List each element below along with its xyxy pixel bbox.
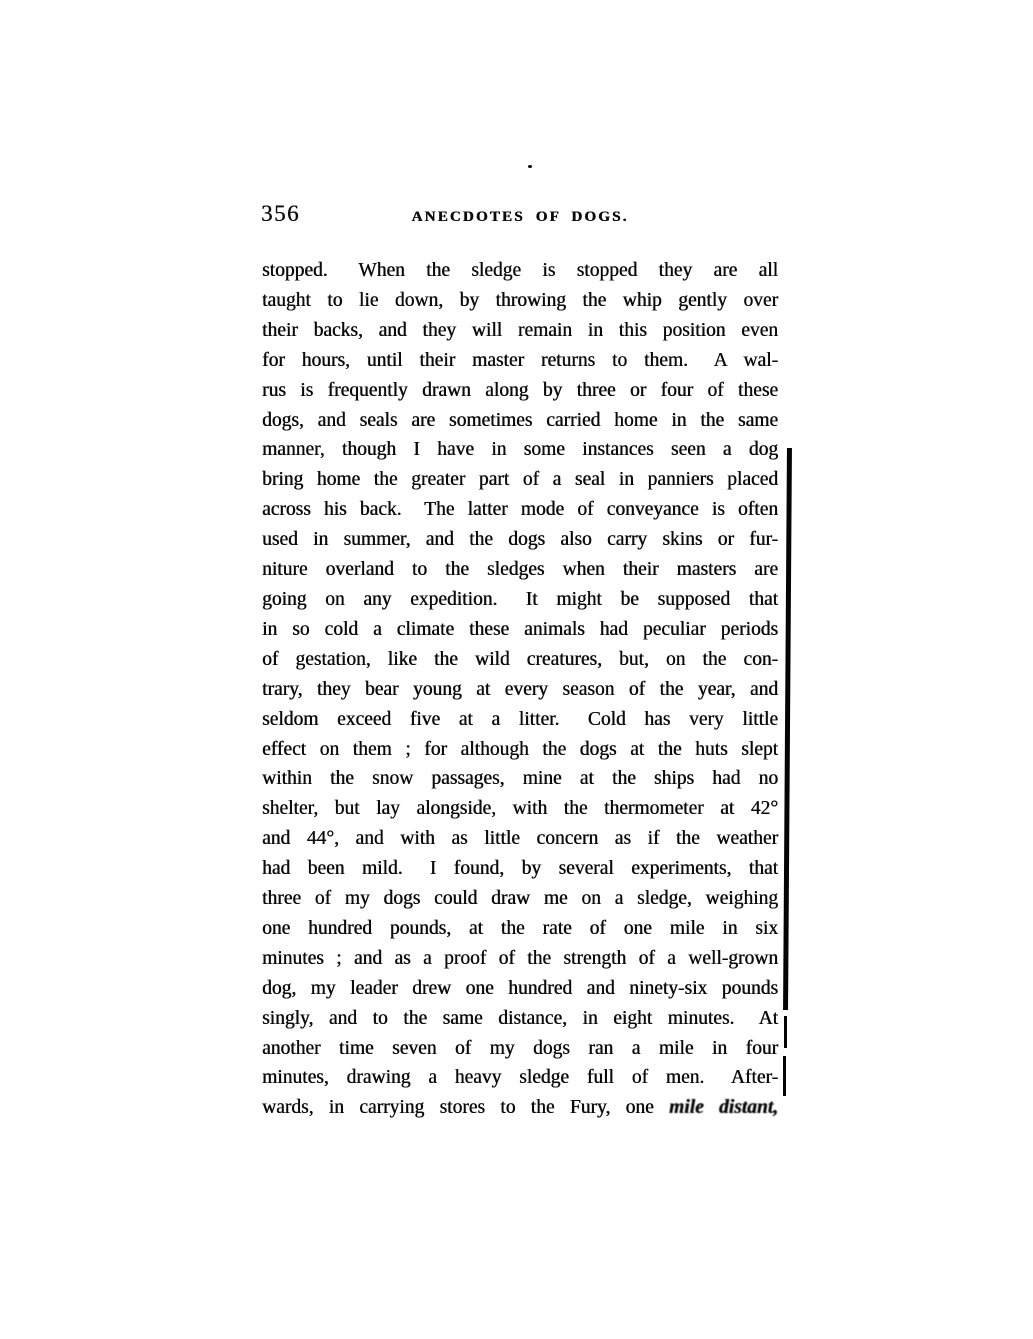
text-line: used in summer, and the dogs also carry … <box>262 525 778 555</box>
scan-artifact-line <box>784 1016 787 1048</box>
text-line: another time seven of my dogs ran a mile… <box>262 1034 778 1064</box>
text-line: three of my dogs could draw me on a sled… <box>262 884 778 914</box>
text-line: rus is frequently drawn along by three o… <box>262 376 778 406</box>
text-line: across his back. The latter mode of conv… <box>262 495 778 525</box>
text-line: manner, though I have in some instances … <box>262 435 778 465</box>
text-line: minutes, drawing a heavy sledge full of … <box>262 1063 778 1093</box>
text-line: their backs, and they will remain in thi… <box>262 316 778 346</box>
text-line: had been mild. I found, by several exper… <box>262 854 778 884</box>
text-line: within the snow passages, mine at the sh… <box>262 764 778 794</box>
text-line: seldom exceed five at a litter. Cold has… <box>262 705 778 735</box>
text-line: dog, my leader drew one hundred and nine… <box>262 974 778 1004</box>
text-line: going on any expedition. It might be sup… <box>262 585 778 615</box>
text-line: shelter, but lay alongside, with the the… <box>262 794 778 824</box>
scan-artifact-line <box>783 448 792 1010</box>
text-line: stopped. When the sledge is stopped they… <box>262 256 778 286</box>
scan-artifact-line <box>783 1056 786 1096</box>
page-body: stopped. When the sledge is stopped they… <box>262 256 778 1123</box>
text-line-last-main: wards, in carrying stores to the Fury, o… <box>262 1097 669 1118</box>
text-line: of gestation, like the wild creatures, b… <box>262 645 778 675</box>
text-line-last: wards, in carrying stores to the Fury, o… <box>262 1093 778 1123</box>
text-line: dogs, and seals are sometimes carried ho… <box>262 406 778 436</box>
text-line: one hundred pounds, at the rate of one m… <box>262 914 778 944</box>
text-line: in so cold a climate these animals had p… <box>262 615 778 645</box>
text-line: singly, and to the same distance, in eig… <box>262 1004 778 1034</box>
text-line: trary, they bear young at every season o… <box>262 675 778 705</box>
text-line: minutes ; and as a proof of the strength… <box>262 944 778 974</box>
text-line: niture overland to the sledges when thei… <box>262 555 778 585</box>
text-line: and 44°, and with as little concern as i… <box>262 824 778 854</box>
text-line: for hours, until their master returns to… <box>262 346 778 376</box>
text-line: bring home the greater part of a seal in… <box>262 465 778 495</box>
text-line: taught to lie down, by throwing the whip… <box>262 286 778 316</box>
text-line-last-smudged: mile distant, <box>669 1097 778 1118</box>
scan-speck <box>528 165 532 168</box>
running-title: ANECDOTES OF DOGS. <box>262 209 778 226</box>
text-line: effect on them ; for although the dogs a… <box>262 735 778 765</box>
book-page: 356 ANECDOTES OF DOGS. stopped. When the… <box>0 0 1033 1339</box>
